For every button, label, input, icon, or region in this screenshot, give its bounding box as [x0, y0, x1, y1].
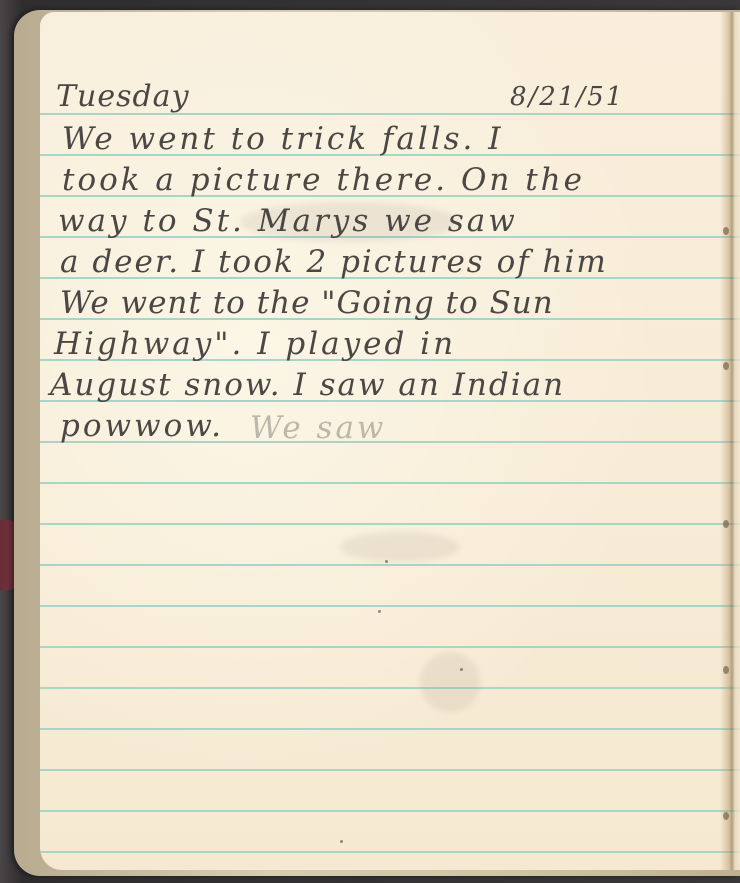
entry-line: Highway". I played in [54, 329, 456, 360]
entry-line: way to St. Marys we saw [58, 206, 518, 237]
entry-day: Tuesday [56, 82, 190, 112]
entry-line: took a picture there. On the [62, 165, 585, 196]
erased-text: We saw [250, 413, 386, 444]
diary-page: Tuesday 8/21/51 We went to trick falls. … [40, 12, 740, 870]
entry-date: 8/21/51 [510, 84, 624, 110]
entry-line: powwow. [60, 411, 224, 442]
entry-line: We went to trick falls. I [62, 124, 504, 155]
diary-entry: Tuesday 8/21/51 We went to trick falls. … [40, 12, 740, 870]
entry-line: August snow. I saw an Indian [50, 370, 565, 401]
entry-line: a deer. I took 2 pictures of him [60, 247, 608, 278]
entry-line: We went to the "Going to Sun [60, 288, 554, 319]
